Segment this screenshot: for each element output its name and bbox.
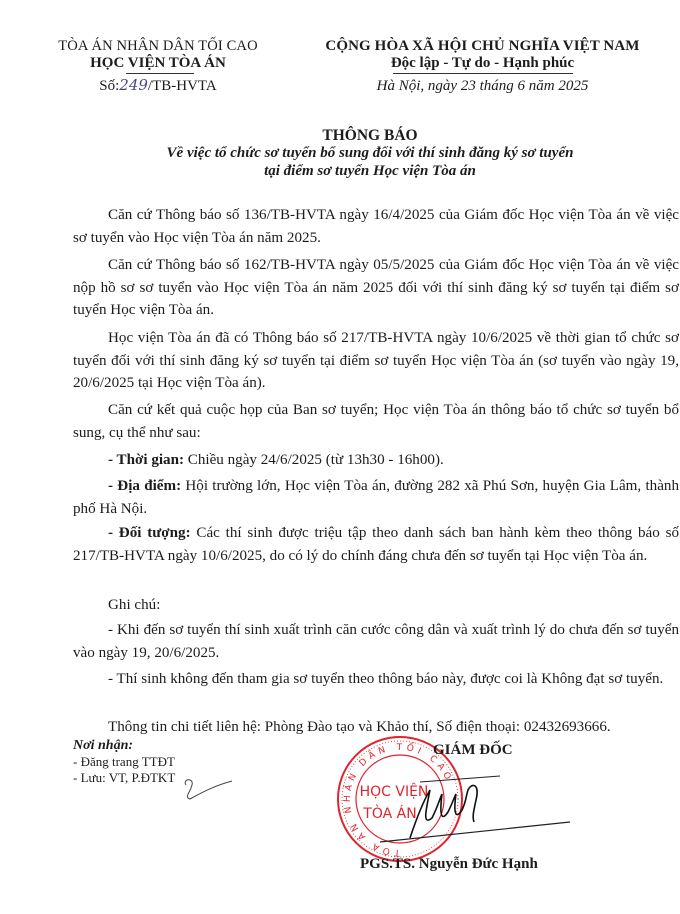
- national-motto: Độc lập - Tự do - Hạnh phúc: [290, 55, 675, 72]
- recipients-title: Nơi nhận:: [73, 738, 313, 754]
- paragraph-basis-2: Căn cứ Thông báo số 162/TB-HVTA ngày 05/…: [73, 254, 679, 322]
- note-item-1: - Khi đến sơ tuyển thí sinh xuất trình c…: [73, 619, 679, 664]
- director-signature-icon: [380, 760, 640, 870]
- issuing-organization: HỌC VIỆN TÒA ÁN: [28, 55, 288, 72]
- place-label: - Địa điểm:: [108, 478, 181, 494]
- document-title-block: THÔNG BÁO Về việc tổ chức sơ tuyển bổ su…: [60, 127, 680, 180]
- place-date: Hà Nội, ngày 23 tháng 6 năm 2025: [290, 76, 675, 96]
- recipient-item: - Đăng trang TTĐT: [73, 754, 313, 770]
- signer-role: GIÁM ĐỐC: [433, 742, 513, 759]
- document-subtitle-line1: Về việc tổ chức sơ tuyển bổ sung đối với…: [60, 144, 680, 162]
- doc-no-handwritten: 249: [119, 76, 148, 94]
- paragraph-previous-notice: Học viện Tòa án đã có Thông báo số 217/T…: [73, 327, 679, 395]
- document-title: THÔNG BÁO: [60, 127, 680, 144]
- paragraph-decision: Căn cứ kết quả cuộc họp của Ban sơ tuyển…: [73, 399, 679, 444]
- signer-name: PGS.TS. Nguyễn Đức Hạnh: [360, 856, 538, 873]
- initials-signature-icon: [180, 775, 240, 805]
- issuer-block: TÒA ÁN NHÂN DÂN TỐI CAO HỌC VIỆN TÒA ÁN …: [28, 38, 288, 96]
- note-label: Ghi chú:: [73, 594, 679, 617]
- document-subtitle-line2: tại điểm sơ tuyển Học viện Tòa án: [60, 162, 680, 180]
- paragraph-basis-1: Căn cứ Thông báo số 136/TB-HVTA ngày 16/…: [73, 204, 679, 249]
- motto-underline: [393, 73, 573, 74]
- issuer-underline: [126, 73, 194, 74]
- item-target: - Đối tượng: Các thí sinh được triệu tập…: [73, 522, 679, 567]
- doc-no-suffix: /TB-HVTA: [148, 78, 217, 94]
- item-place: - Địa điểm: Hội trường lớn, Học viện Tòa…: [73, 475, 679, 520]
- document-number: Số:249/TB-HVTA: [28, 75, 288, 96]
- item-time: - Thời gian: Chiều ngày 24/6/2025 (từ 13…: [73, 449, 679, 472]
- national-header: CỘNG HÒA XÃ HỘI CHỦ NGHĨA VIỆT NAM Độc l…: [290, 38, 675, 96]
- time-label: - Thời gian:: [108, 452, 184, 468]
- note-item-2: - Thí sinh không đến tham gia sơ tuyển t…: [73, 668, 679, 691]
- doc-no-label: Số:: [99, 78, 119, 94]
- time-value: Chiều ngày 24/6/2025 (từ 13h30 - 16h00).: [184, 452, 444, 468]
- parent-organization: TÒA ÁN NHÂN DÂN TỐI CAO: [28, 38, 288, 55]
- nation-name: CỘNG HÒA XÃ HỘI CHỦ NGHĨA VIỆT NAM: [290, 38, 675, 55]
- target-label: - Đối tượng:: [108, 525, 191, 541]
